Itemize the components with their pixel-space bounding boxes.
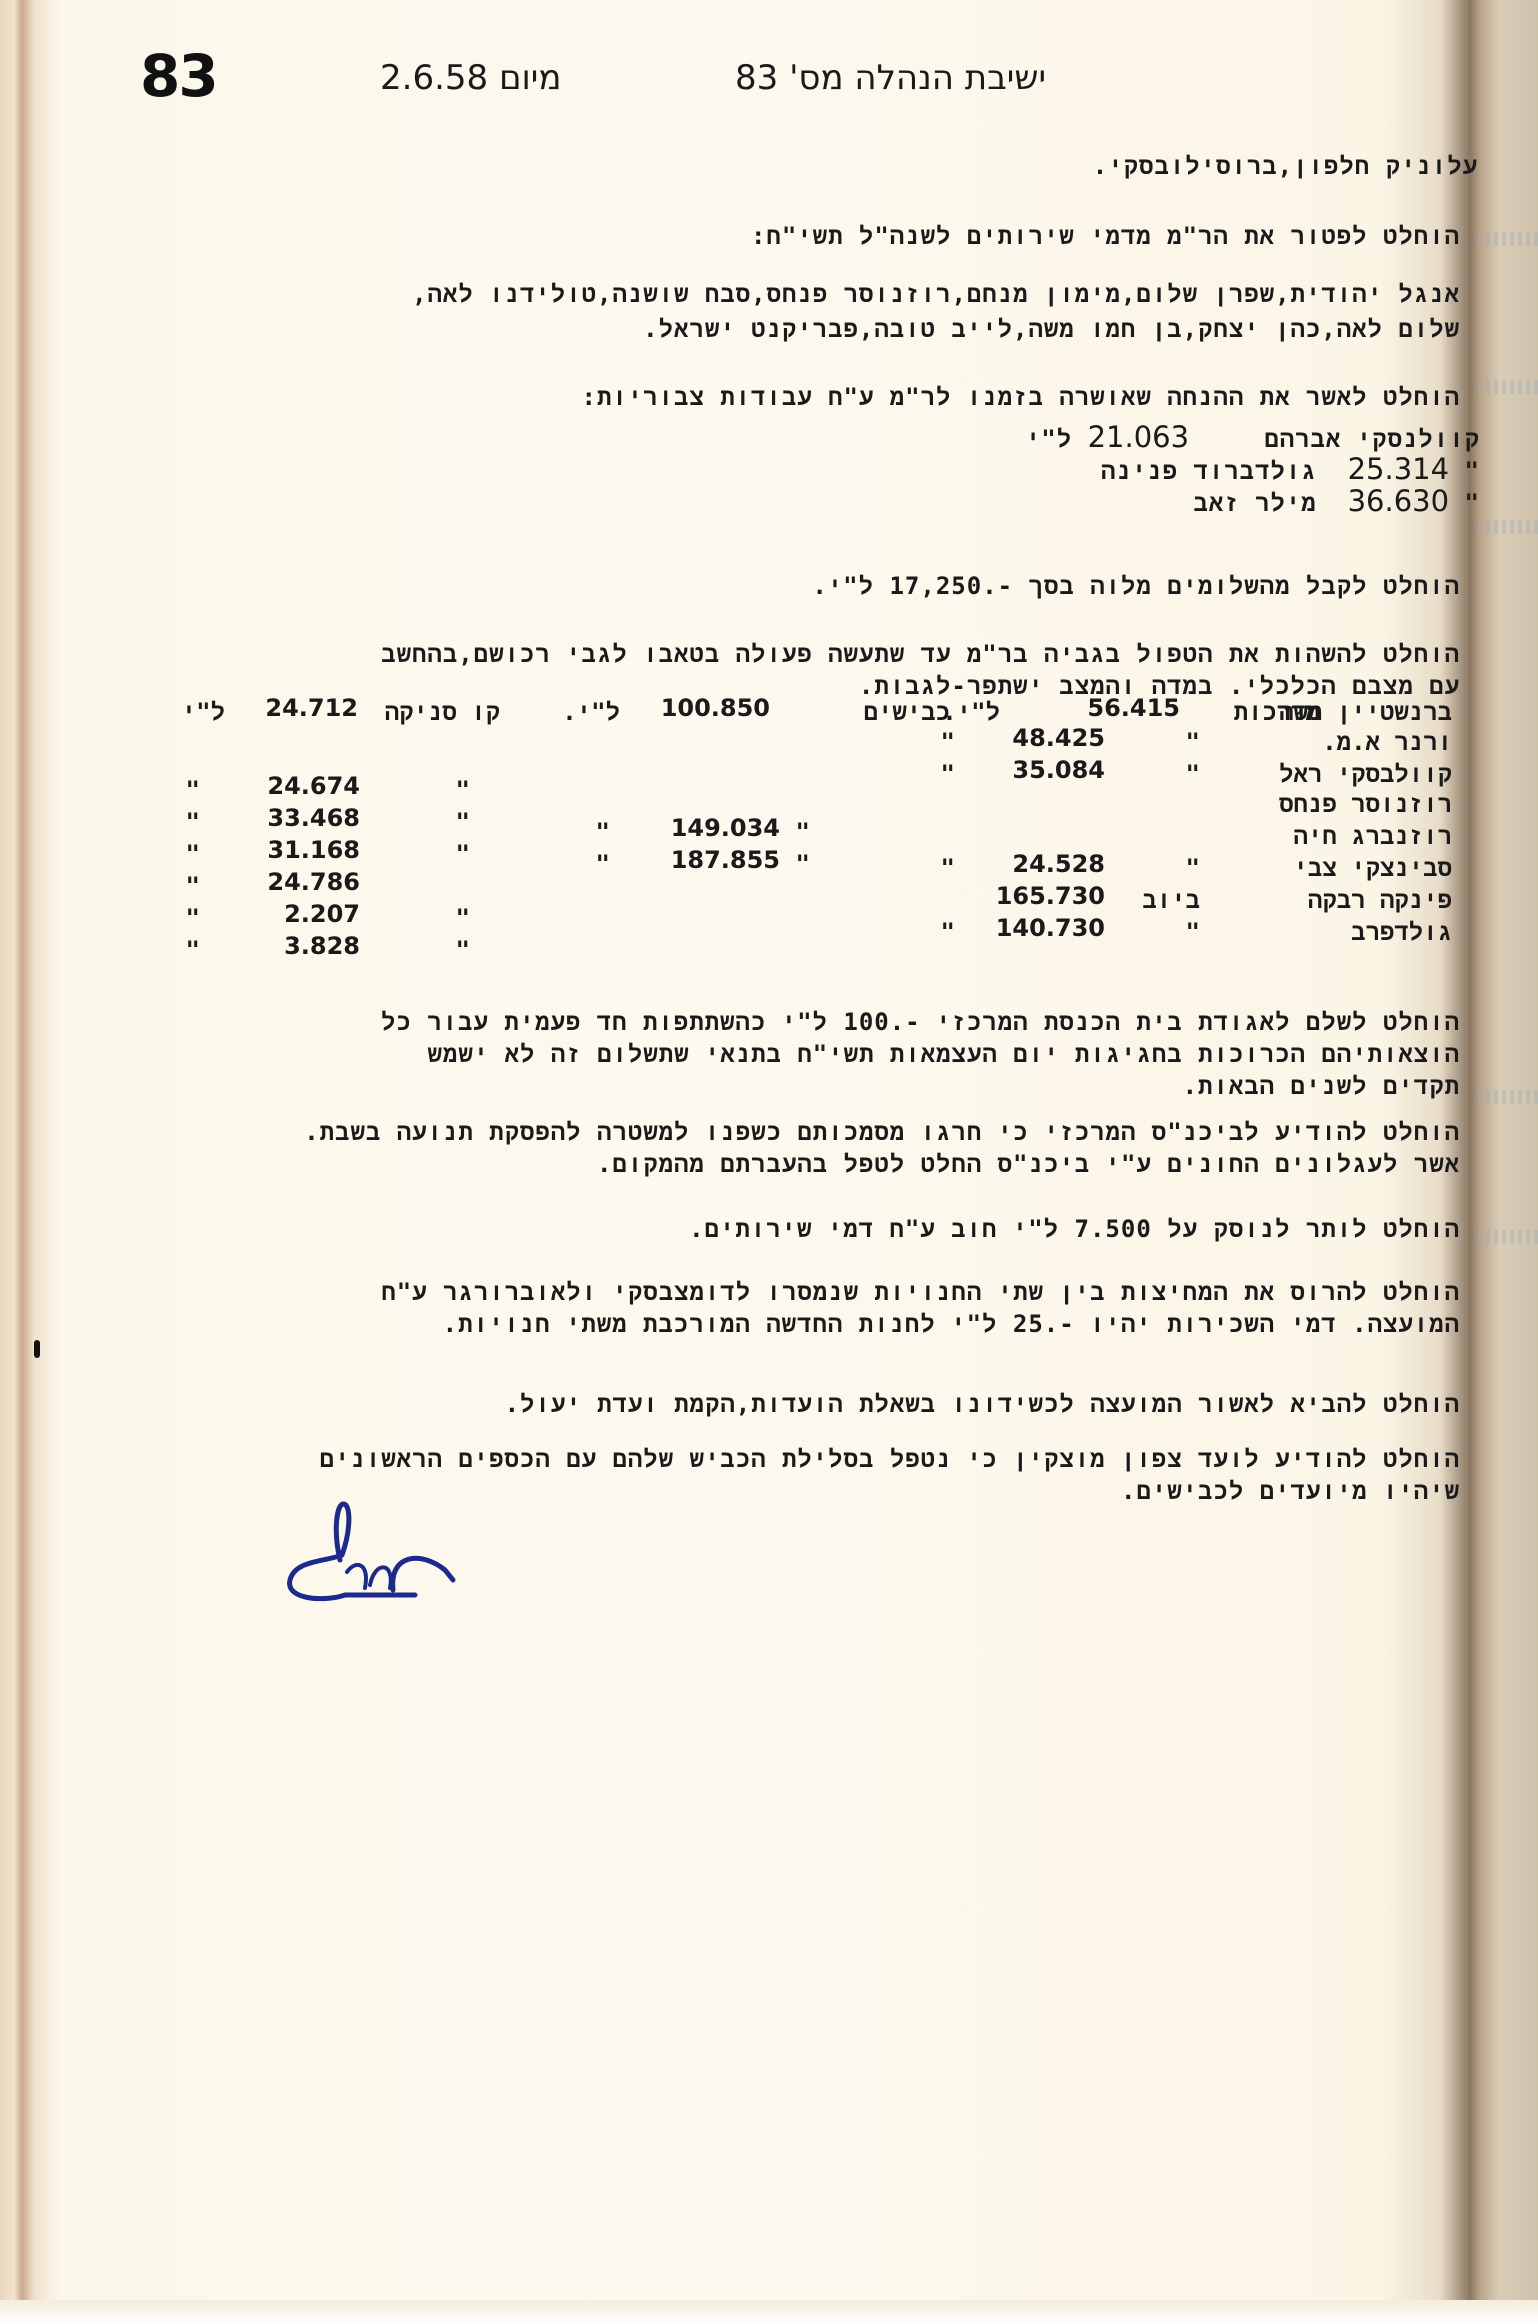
table-payer-name: רוזנוסר פנחס	[1279, 790, 1452, 820]
facing-page-bleed	[1478, 1230, 1538, 1244]
resolution-line: אשר לעגלונים החונים ע"י ביכנ"ס החלט לטפל…	[597, 1150, 1460, 1180]
unit: "	[1465, 489, 1480, 517]
discount-row: קוולנסקי אברהם 21.063 ל"י	[1026, 420, 1480, 455]
table-label: "	[596, 818, 610, 846]
table-amount: 24.786	[267, 868, 360, 896]
amount: 36.630	[1348, 484, 1449, 518]
facing-page-bleed	[1478, 232, 1538, 246]
table-payer-name: רוזנברג חיה	[1294, 822, 1452, 852]
unit: "	[1465, 457, 1480, 485]
resolution-line: הוחלט לאשר את ההנחה שאושרה בזמנו לר"מ ע"…	[582, 383, 1461, 413]
table-unit: "	[796, 818, 810, 846]
resolution-line: הוחלט להרוס את המחיצות בין שתי החנויות ש…	[381, 1278, 1460, 1308]
table-label: "	[456, 776, 470, 804]
table-amount: 31.168	[267, 836, 360, 864]
table-amount: 165.730	[996, 882, 1105, 910]
amount: 21.063	[1088, 420, 1189, 454]
meeting-title: ישיבת הנהלה מס' 83	[735, 58, 1046, 98]
resolution-line: הוחלט לקבל מהשלומים מלוה בסך -.17,250 ל"…	[812, 572, 1460, 602]
table-unit: "	[186, 840, 200, 868]
table-label: "	[596, 850, 610, 878]
table-label: "	[456, 840, 470, 868]
table-amount: 2.207	[284, 900, 360, 928]
table-unit: ל"י.	[562, 698, 620, 728]
resolution-line: הוחלט להשהות את הטפול בגביה בר"מ עד שתעש…	[381, 640, 1460, 670]
table-unit: "	[186, 936, 200, 964]
table-amount: 3.828	[284, 932, 360, 960]
resolution-line: הוחלט להודיע לביכנ"ס המרכזי כי חרגו מסמכ…	[304, 1118, 1460, 1148]
table-unit: "	[186, 904, 200, 932]
table-unit: ל"י	[182, 698, 225, 728]
table-payer-name: קוולבסקי ראל	[1279, 760, 1452, 790]
payer-name: קוולנסקי אברהם	[1220, 425, 1480, 455]
meeting-date: 2.6.58 מיום	[380, 58, 561, 98]
table-unit: "	[941, 728, 955, 756]
table-amount: 149.034	[671, 814, 780, 842]
resolution-line: המועצה. דמי השכירות יהיו -.25 ל"י לחנות …	[443, 1310, 1460, 1340]
discount-row: מילר זאב 36.630 "	[1057, 484, 1480, 519]
table-payer-name: סבינצקי צבי	[1294, 854, 1452, 884]
payer-name: מילר זאב	[1057, 489, 1317, 519]
page-number-stamp: 83	[140, 42, 217, 110]
table-unit: ל"י.	[942, 698, 1000, 728]
table-unit: "	[186, 776, 200, 804]
table-amount: 140.730	[996, 914, 1105, 942]
table-unit: "	[186, 872, 200, 900]
table-label: "	[1186, 760, 1200, 788]
table-amount: 35.084	[1012, 756, 1105, 784]
amount: 25.314	[1348, 452, 1449, 486]
table-label: "	[1186, 728, 1200, 756]
resolution-line: תקדים לשנים הבאות.	[1183, 1072, 1460, 1102]
table-amount: 187.855	[671, 846, 780, 874]
table-amount: 48.425	[1012, 724, 1105, 752]
resolution-line: אנגל יהודית,שפרן שלום,מימון מנחם,רוזנוסר…	[412, 280, 1460, 310]
resolution-line: שלום לאה,כהן יצחק,בן חמו משה,לייב טובה,פ…	[643, 315, 1460, 345]
resolution-line: הוחלט לותר לנוסק על 7.500 ל"י חוב ע"ח דמ…	[689, 1215, 1460, 1245]
resolution-line: הוחלט להביא לאשור המועצה לכשידונו בשאלת …	[505, 1390, 1460, 1420]
table-label: קו סניקה	[385, 698, 500, 728]
table-amount: 24.674	[267, 772, 360, 800]
table-unit: "	[796, 850, 810, 878]
unit: ל"י	[1026, 425, 1072, 453]
table-unit: "	[941, 918, 955, 946]
table-amount: 24.528	[1012, 850, 1105, 878]
table-label: כבישים	[864, 698, 950, 728]
facing-page-bleed	[1478, 380, 1538, 394]
table-label: ביוב	[1142, 886, 1200, 916]
signature	[285, 1500, 485, 1610]
table-unit: "	[941, 760, 955, 788]
table-amount: 33.468	[267, 804, 360, 832]
table-payer-name: ורנר א.מ.	[1322, 728, 1452, 758]
table-label: מדרכות	[1234, 698, 1320, 728]
table-label: "	[456, 904, 470, 932]
page-bottom-edge	[0, 2300, 1538, 2324]
resolution-line: הוחלט להודיע לועד צפון מוצקין כי נטפל בס…	[320, 1445, 1460, 1475]
table-payer-name: פינקה רבקה	[1308, 886, 1452, 916]
resolution-line: הוחלט לשלם לאגודת בית הכנסת המרכזי -.100…	[381, 1008, 1460, 1038]
attendees-line: עלוניק חלפון,ברוסילובסקי.	[1093, 152, 1478, 182]
table-amount: 100.850	[661, 694, 770, 722]
table-label: "	[456, 936, 470, 964]
table-unit: "	[941, 854, 955, 882]
resolution-line: שיהיו מיועדים לכבישים.	[1121, 1477, 1460, 1507]
table-label: "	[1186, 918, 1200, 946]
table-unit: "	[186, 808, 200, 836]
table-label: "	[1186, 854, 1200, 882]
facing-page-bleed	[1478, 520, 1538, 534]
table-label: "	[456, 808, 470, 836]
payer-name: גולדברוד פנינה	[1057, 457, 1317, 487]
table-amount: 56.415	[1087, 694, 1180, 722]
margin-mark	[34, 1340, 40, 1358]
discount-row: גולדברוד פנינה 25.314 "	[1057, 452, 1480, 487]
table-amount: 24.712	[265, 694, 358, 722]
table-payer-name: גולדפרב	[1351, 918, 1452, 948]
facing-page-bleed	[1478, 1090, 1538, 1104]
resolution-line: הוצאותיהם הכרוכות בחגיגות יום העצמאות תש…	[428, 1040, 1460, 1070]
resolution-line: הוחלט לפטור את הר"מ מדמי שירותים לשנה"ל …	[751, 222, 1460, 252]
